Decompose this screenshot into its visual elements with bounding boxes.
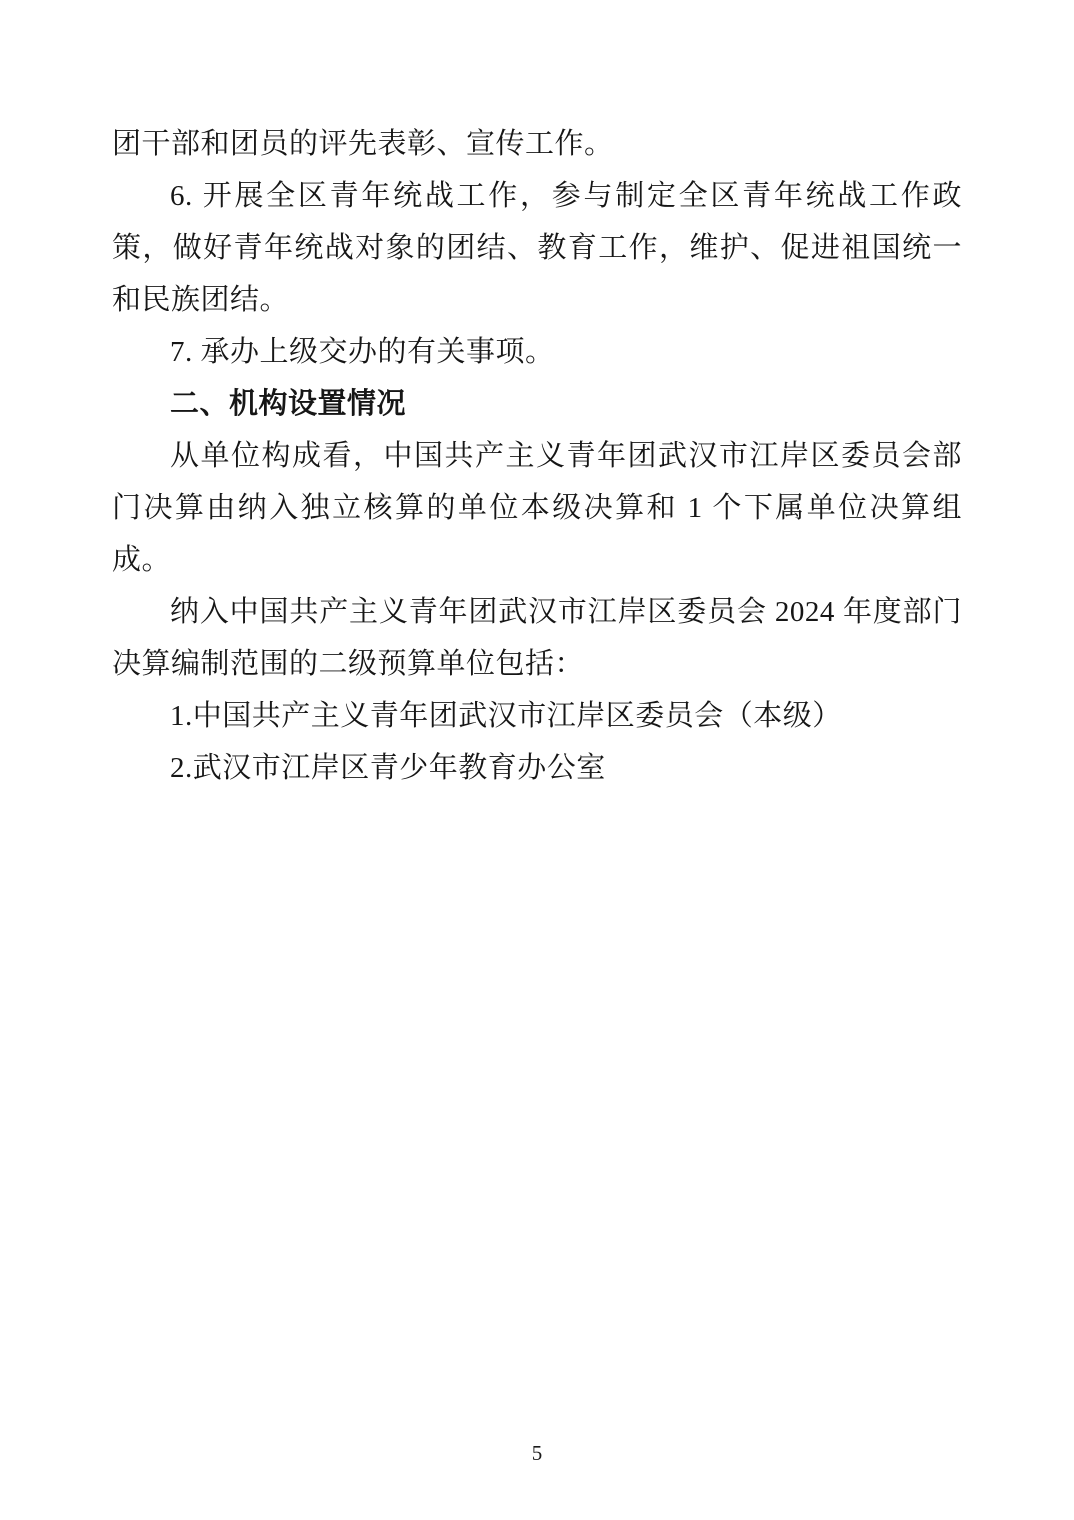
paragraph-unit-composition: 从单位构成看，中国共产主义青年团武汉市江岸区委员会部门决算由纳入独立核算的单位本… bbox=[112, 430, 962, 586]
paragraph-item-6: 6. 开展全区青年统战工作，参与制定全区青年统战工作政策，做好青年统战对象的团结… bbox=[112, 170, 962, 326]
section-heading-organization-setup: 二、机构设置情况 bbox=[112, 378, 962, 430]
paragraph-item-7: 7. 承办上级交办的有关事项。 bbox=[112, 326, 962, 378]
page-body: 团干部和团员的评先表彰、宣传工作。 6. 开展全区青年统战工作，参与制定全区青年… bbox=[112, 118, 962, 794]
paragraph-budget-scope: 纳入中国共产主义青年团武汉市江岸区委员会 2024 年度部门决算编制范围的二级预… bbox=[112, 586, 962, 690]
paragraph-unit-list-1: 1.中国共产主义青年团武汉市江岸区委员会（本级） bbox=[112, 690, 962, 742]
paragraph-continuation: 团干部和团员的评先表彰、宣传工作。 bbox=[112, 118, 962, 170]
paragraph-unit-list-2: 2.武汉市江岸区青少年教育办公室 bbox=[112, 742, 962, 794]
document-page: 团干部和团员的评先表彰、宣传工作。 6. 开展全区青年统战工作，参与制定全区青年… bbox=[0, 0, 1074, 1520]
page-number: 5 bbox=[0, 1438, 1074, 1468]
